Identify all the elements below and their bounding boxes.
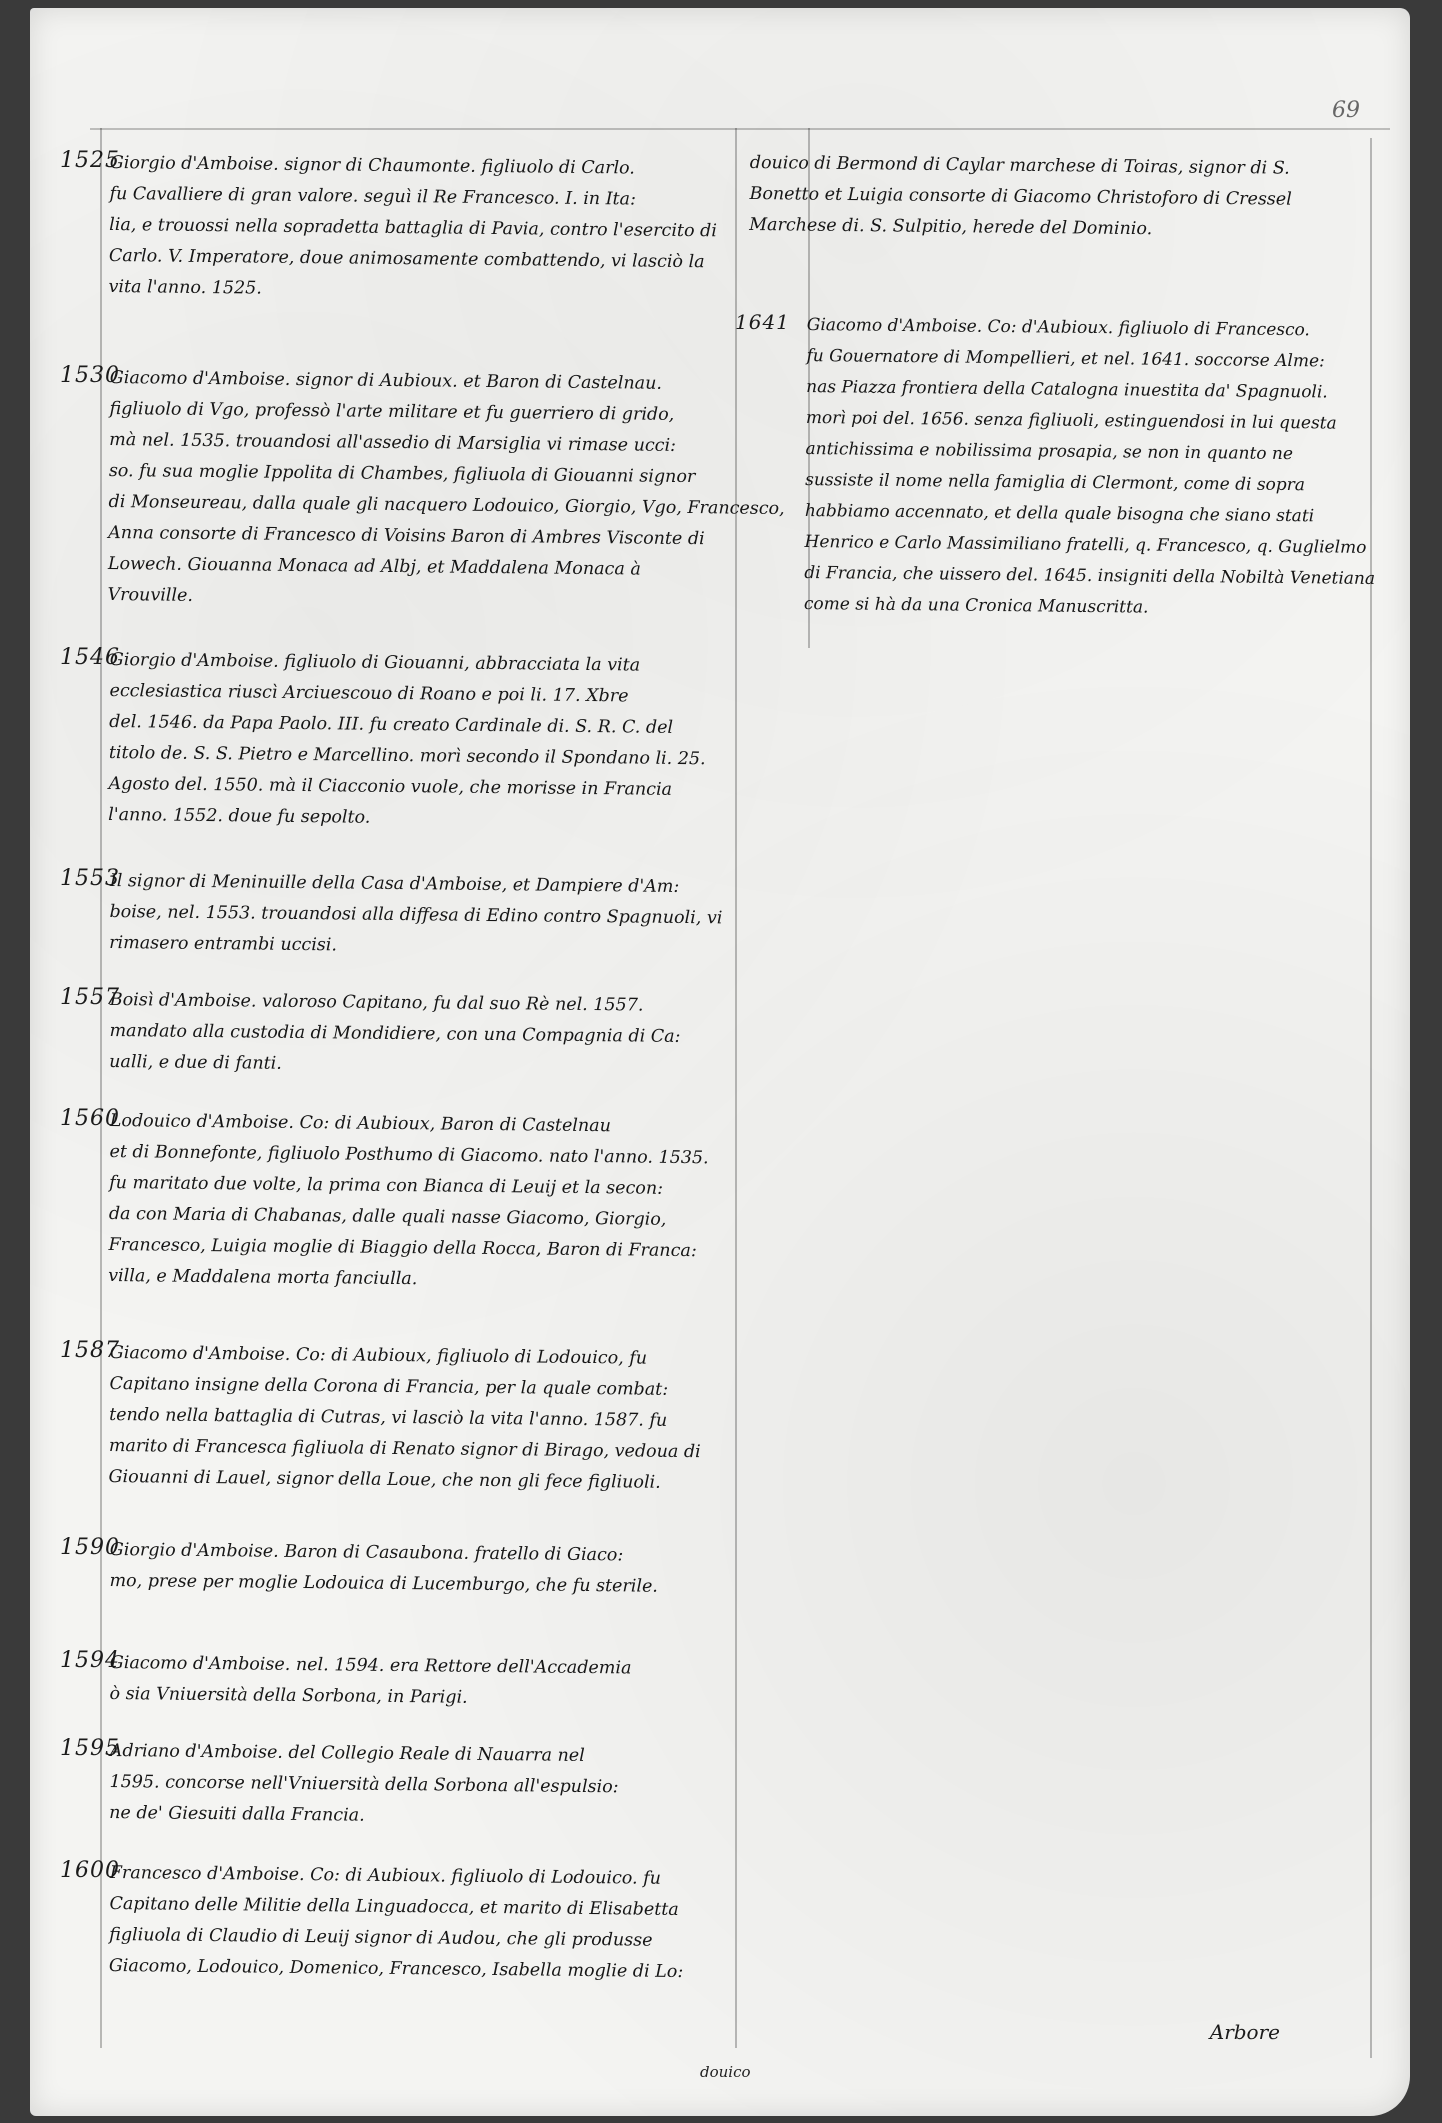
entry-text: Giorgio d'Amboise. signor di Chaumonte. …: [108, 148, 717, 309]
continuation-text: douico di Bermond di Caylar marchese di …: [749, 148, 1292, 247]
top-ruled-line: [90, 128, 1390, 130]
entry-text: Boisì d'Amboise. valoroso Capitano, fu d…: [109, 985, 681, 1084]
page-catchword: Arbore: [1210, 2020, 1280, 2044]
folio-number: 69: [1332, 98, 1360, 123]
column-catchword: douico: [700, 2063, 751, 2081]
entry-year: 1641: [735, 310, 790, 334]
entry-text: Adriano d'Amboise. del Collegio Reale di…: [109, 1736, 619, 1834]
manuscript-page: 69 1525 Giorgio d'Amboise. signor di Cha…: [30, 8, 1410, 2116]
entry-text: Giacomo d'Amboise. Co: d'Aubioux. figliu…: [804, 310, 1378, 626]
entry-text: Giacomo d'Amboise. nel. 1594. era Rettor…: [109, 1648, 631, 1715]
entry-text: Francesco d'Amboise. Co: di Aubioux. fig…: [109, 1858, 685, 1988]
entry-text: Giacomo d'Amboise. Co: di Aubioux, figli…: [108, 1338, 701, 1499]
entry-text: Lodouico d'Amboise. Co: di Aubioux, Baro…: [108, 1106, 709, 1298]
entry-text: Il signor di Meninuille della Casa d'Amb…: [109, 866, 723, 965]
entry-text: Giorgio d'Amboise. figliuolo di Giouanni…: [108, 645, 707, 837]
entry-text: Giorgio d'Amboise. Baron di Casaubona. f…: [109, 1535, 658, 1603]
entry-text: Giacomo d'Amboise. signor di Aubioux. et…: [107, 363, 786, 618]
